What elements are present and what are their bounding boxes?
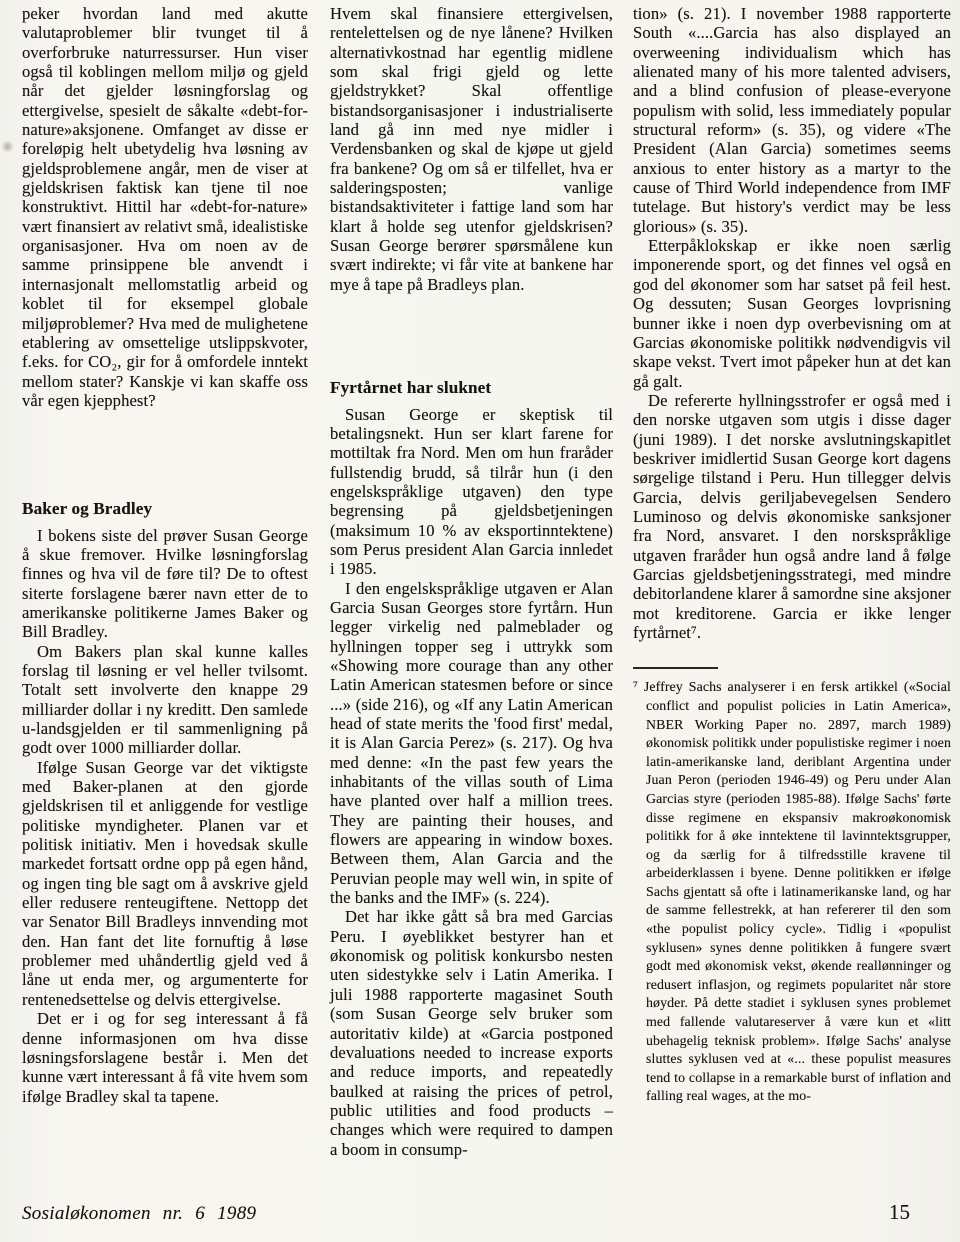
page-number: 15 [889, 1200, 910, 1225]
section-heading-fyrtarnet-har-sluknet: Fyrtårnet har sluknet [330, 378, 613, 397]
paragraph: I bokens siste del prøver Susan George å… [22, 526, 308, 642]
paragraph: I den engelskspråklige utgaven er Alan G… [330, 579, 613, 908]
paragraph: Ifølge Susan George var det viktigste me… [22, 758, 308, 1009]
paragraph: Det er i og for seg interessant å få den… [22, 1009, 308, 1106]
paragraph: Om Bakers plan skal kunne kalles forslag… [22, 642, 308, 758]
paragraph-continuation: tion» (s. 21). I november 1988 rapporter… [633, 4, 951, 236]
scan-smudge-artifact [1, 140, 14, 153]
paragraph-continuation: peker hvordan land med akutte valutaprob… [22, 4, 308, 410]
footnote-separator-rule [633, 667, 718, 669]
paragraph: Etterpåklokskap er ikke noen særlig impo… [633, 236, 951, 391]
paragraph: Det har ikke gått så bra med Garcias Per… [330, 907, 613, 1158]
text-column-3: tion» (s. 21). I november 1988 rapporter… [633, 4, 951, 1107]
text-column-2: Hvem skal finansiere ettergivelsen, rent… [330, 4, 613, 1159]
journal-issue-footer: Sosialøkonomen nr. 6 1989 [22, 1203, 256, 1225]
paragraph-continuation: Hvem skal finansiere ettergivelsen, rent… [330, 4, 613, 294]
paragraph: Susan George er skeptisk til betalingsne… [330, 405, 613, 579]
text-column-1: peker hvordan land med akutte valutaprob… [22, 4, 308, 1106]
footnote-7: ⁷ Jeffrey Sachs analyserer i en fersk ar… [633, 679, 951, 1107]
magazine-article-page: peker hvordan land med akutte valutaprob… [0, 0, 960, 1242]
section-heading-baker-og-bradley: Baker og Bradley [22, 499, 308, 518]
paragraph: De refererte hyllningsstrofer er også me… [633, 391, 951, 642]
